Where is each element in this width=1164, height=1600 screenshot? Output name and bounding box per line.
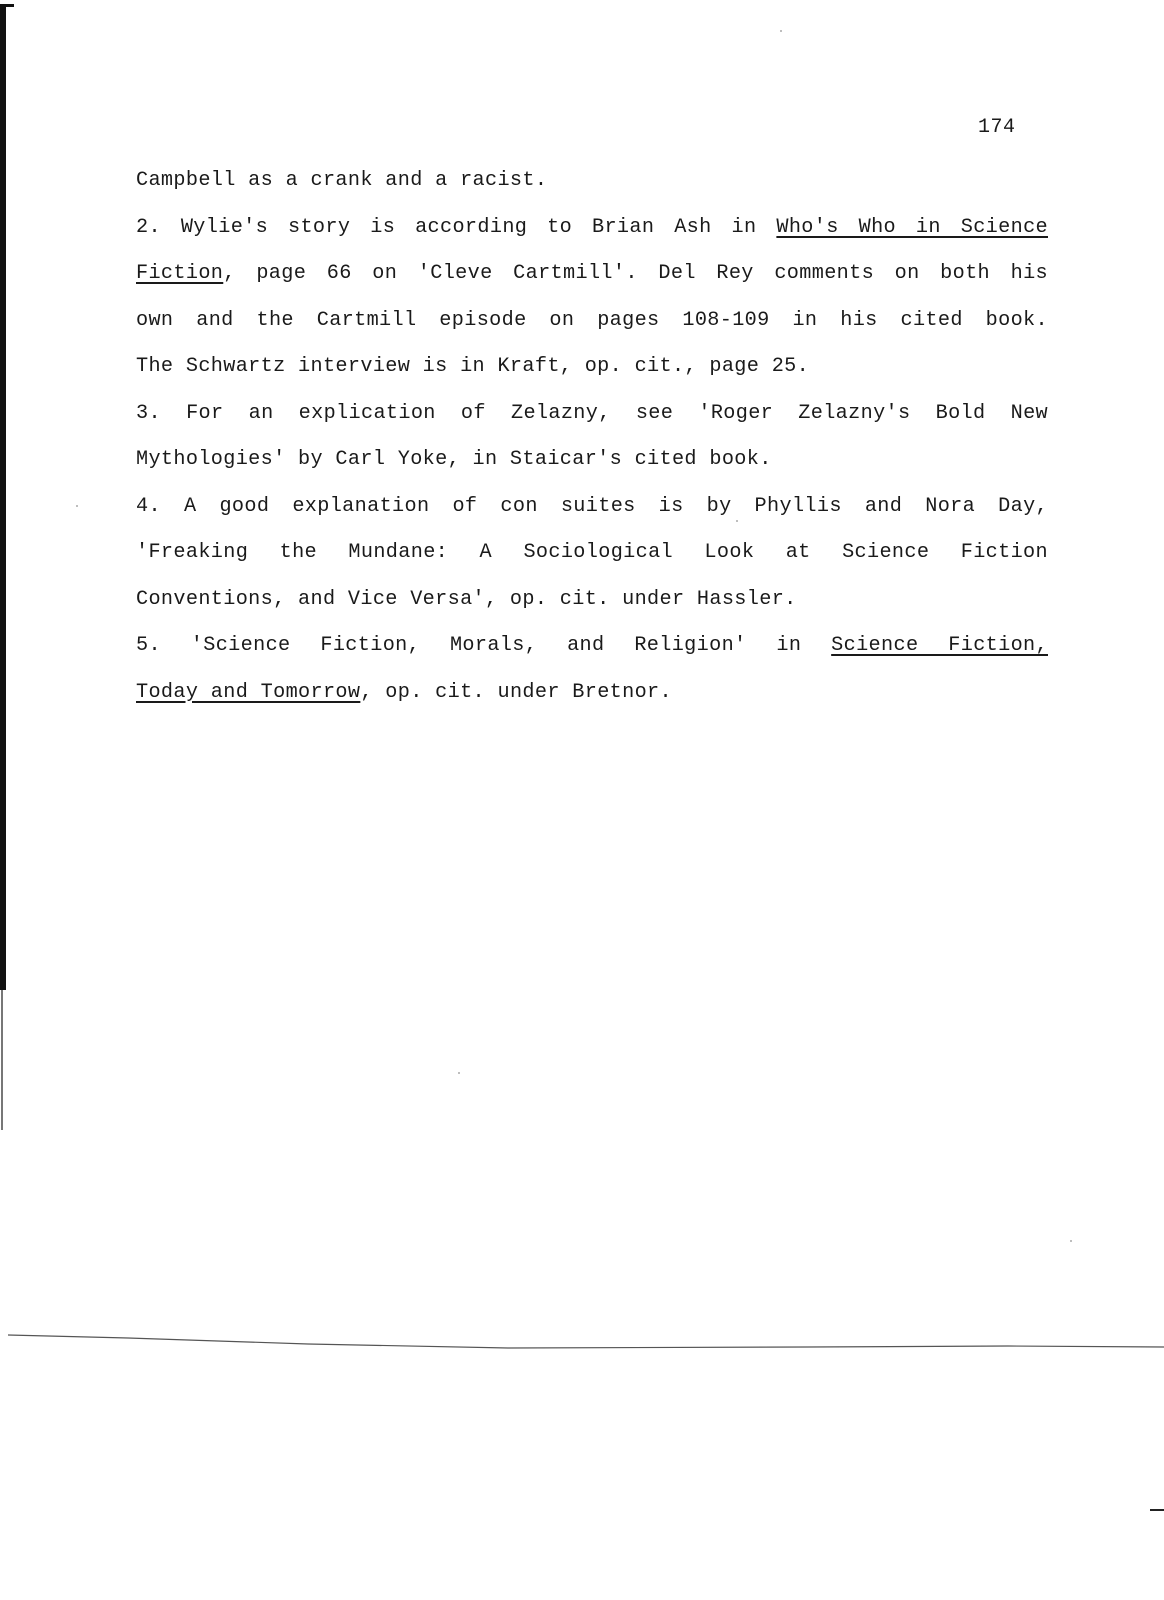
text-segment: The Schwartz interview is in Kraft, op. … [136, 355, 809, 378]
text-segment: Campbell as a crank and a racist. [136, 169, 547, 192]
text-line: Fiction, page 66 on 'Cleve Cartmill'. De… [136, 251, 1048, 298]
text-line: Mythologies' by Carl Yoke, in Staicar's … [136, 437, 1048, 484]
text-segment: , page 66 on 'Cleve Cartmill'. Del Rey c… [223, 262, 1048, 285]
text-segment: 4. A good explanation of con suites is b… [136, 495, 1048, 518]
text-line: Conventions, and Vice Versa', op. cit. u… [136, 577, 1048, 624]
text-segment: 3. For an explication of Zelazny, see 'R… [136, 402, 1048, 425]
text-line: 4. A good explanation of con suites is b… [136, 484, 1048, 531]
text-segment: own and the Cartmill episode on pages 10… [136, 309, 1048, 332]
text-segment: 'Freaking the Mundane: A Sociological Lo… [136, 541, 1048, 564]
text-segment: Mythologies' by Carl Yoke, in Staicar's … [136, 448, 772, 471]
text-segment: 5. 'Science Fiction, Morals, and Religio… [136, 634, 831, 657]
text-line: Campbell as a crank and a racist. [136, 158, 1048, 205]
text-segment: 2. Wylie's story is according to Brian A… [136, 216, 776, 239]
text-line: own and the Cartmill episode on pages 10… [136, 298, 1048, 345]
scan-speck [736, 520, 738, 522]
page-fold-line [8, 1334, 1164, 1354]
scan-edge-bar [0, 4, 6, 990]
text-line: 'Freaking the Mundane: A Sociological Lo… [136, 530, 1048, 577]
scan-corner-mark [1150, 1509, 1164, 1511]
text-segment: Conventions, and Vice Versa', op. cit. u… [136, 588, 797, 611]
text-line: 2. Wylie's story is according to Brian A… [136, 205, 1048, 252]
cited-title: Today and Tomorrow [136, 681, 360, 704]
scan-edge-thin [1, 990, 3, 1130]
scan-edge-tick [0, 4, 14, 7]
cited-title: Science Fiction, [831, 634, 1048, 657]
cited-title: Who's Who in Science [776, 216, 1048, 239]
scan-speck [458, 1072, 460, 1074]
text-segment: , op. cit. under Bretnor. [360, 681, 672, 704]
cited-title: Fiction [136, 262, 223, 285]
text-line: The Schwartz interview is in Kraft, op. … [136, 344, 1048, 391]
scan-speck [780, 30, 782, 32]
text-line: 5. 'Science Fiction, Morals, and Religio… [136, 623, 1048, 670]
text-line: 3. For an explication of Zelazny, see 'R… [136, 391, 1048, 438]
scan-speck [1070, 1240, 1072, 1242]
footnotes-body: Campbell as a crank and a racist.2. Wyli… [136, 158, 1048, 716]
text-line: Today and Tomorrow, op. cit. under Bretn… [136, 670, 1048, 717]
page-number: 174 [978, 116, 1016, 139]
scan-speck [76, 505, 78, 507]
